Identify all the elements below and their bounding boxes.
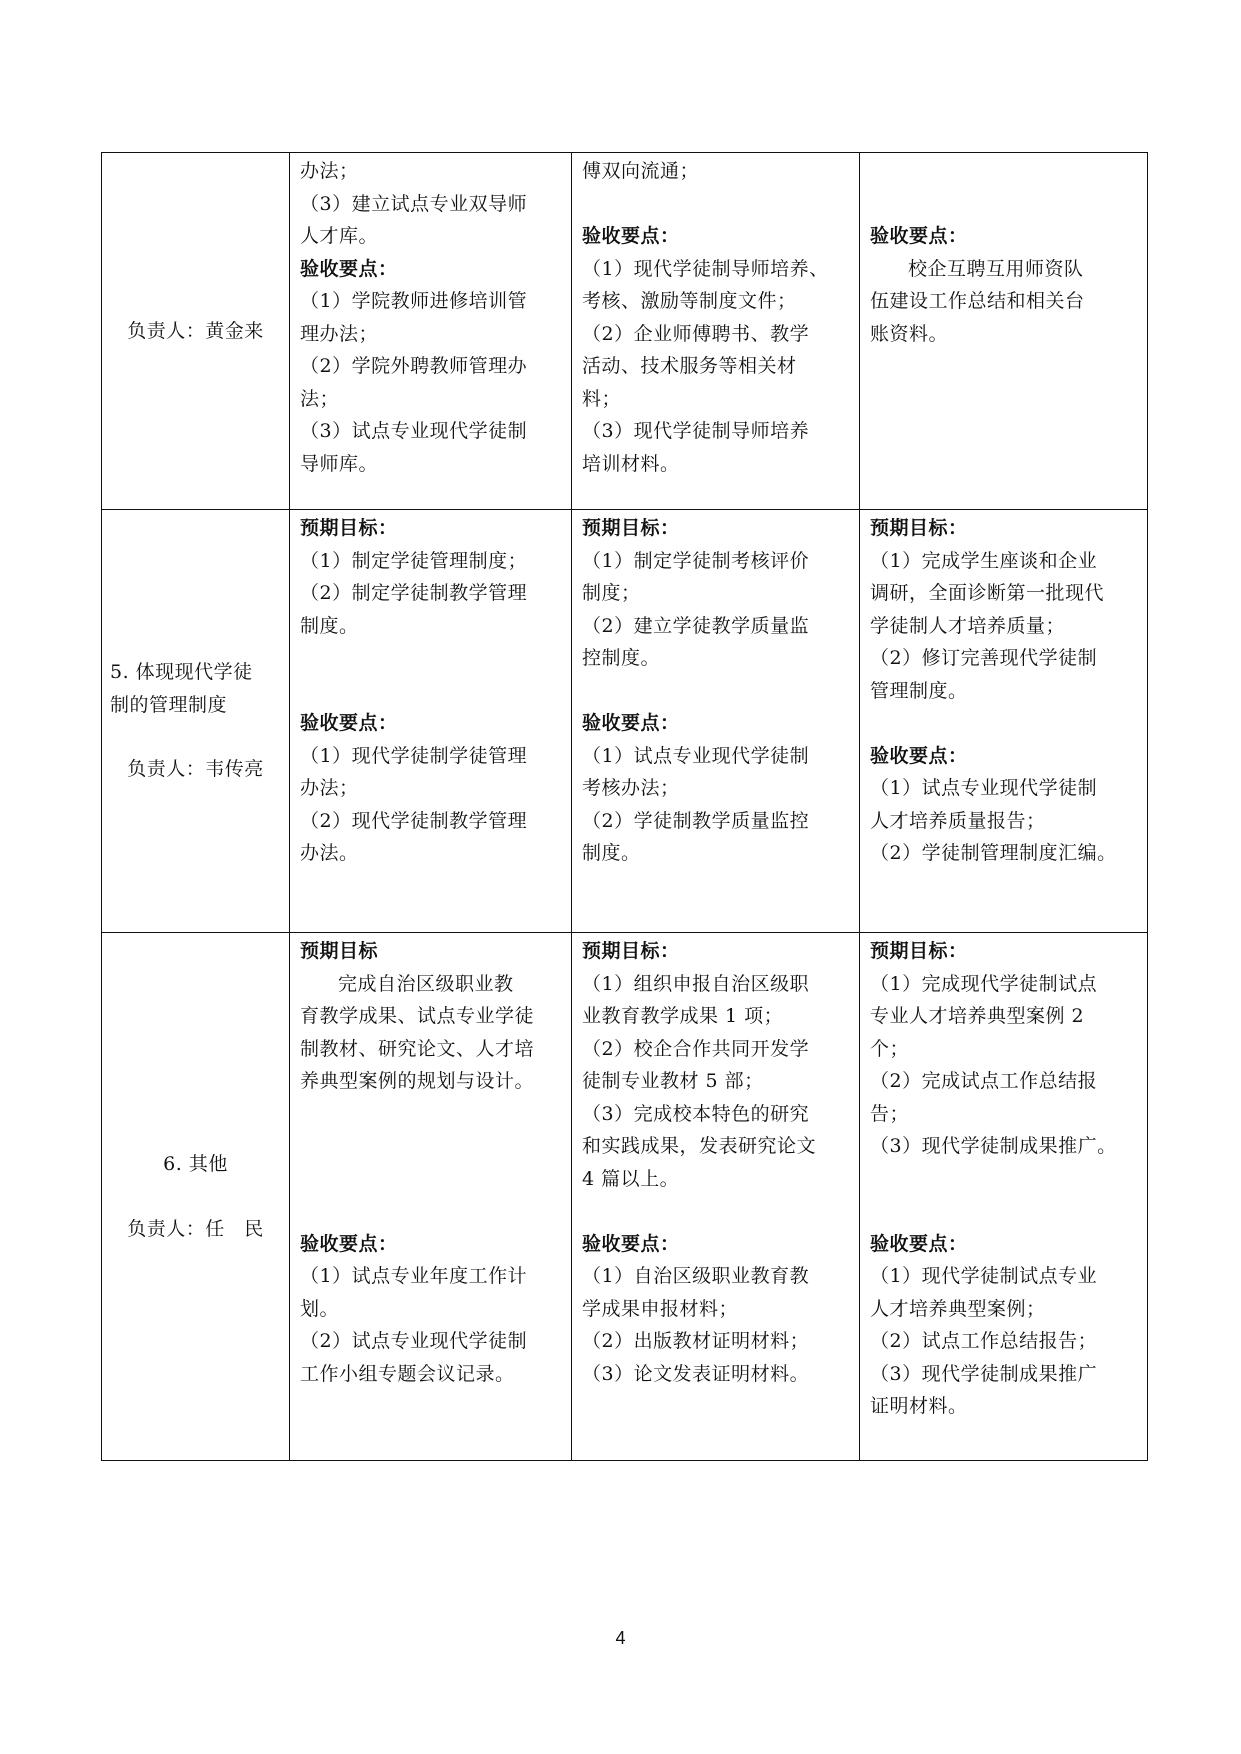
owner-label: 负责人：黄金来 [110,315,281,348]
goal-heading: 预期目标： [870,935,1137,968]
text-line: （1）组织申报自治区级职 [582,968,849,1001]
text-line: （1）试点专业现代学徒制 [870,772,1137,805]
text-line: 人才库。 [300,220,561,253]
page-number: 4 [0,1628,1241,1649]
text-line: （1）试点专业现代学徒制 [582,740,849,773]
acceptance-heading: 验收要点： [582,707,849,740]
text-line: （3）论文发表证明材料。 [582,1358,849,1391]
table-row-other: 6. 其他 负责人：任 民 预期目标 完成自治区级职业教 育教学成果、试点专业学… [102,933,1148,1461]
text-line: 徒制专业教材 5 部； [582,1065,849,1098]
owner-label: 负责人：韦传亮 [110,753,281,786]
task-cell: 5. 体现现代学徒 制的管理制度 负责人：韦传亮 [102,510,290,933]
text-line: （1）现代学徒制试点专业 [870,1260,1137,1293]
text-line: 账资料。 [870,318,1137,351]
text-line: 划。 [300,1293,561,1326]
acceptance-heading: 验收要点： [300,253,561,286]
task-cell: 负责人：黄金来 [102,153,290,510]
acceptance-heading: 验收要点： [870,740,1137,773]
text-line: （2）出版教材证明材料； [582,1325,849,1358]
text-line: 校企互聘互用师资队 [870,253,1137,286]
text-line: （1）制定学徒管理制度； [300,545,561,578]
text-line: （2）修订完善现代学徒制 [870,642,1137,675]
plan-cell-phase-1: 办法； （3）建立试点专业双导师 人才库。 验收要点： （1）学院教师进修培训管… [290,153,572,510]
text-line: （3）试点专业现代学徒制 [300,415,561,448]
plan-cell-phase-2: 预期目标： （1）组织申报自治区级职 业教育教学成果 1 项； （2）校企合作共… [572,933,860,1461]
text-line: （1）完成现代学徒制试点 [870,968,1137,1001]
goal-heading: 预期目标： [582,512,849,545]
text-line: （2）完成试点工作总结报 [870,1065,1137,1098]
text-line: 人才培养典型案例； [870,1293,1137,1326]
text-line: （2）学院外聘教师管理办 [300,350,561,383]
text-line: 料； [582,383,849,416]
text-line: （2）试点专业现代学徒制 [300,1325,561,1358]
acceptance-heading: 验收要点： [582,220,849,253]
text-line: 完成自治区级职业教 [300,968,561,1001]
plan-cell-phase-3: 验收要点： 校企互聘互用师资队 伍建设工作总结和相关台 账资料。 [860,153,1148,510]
text-line: （2）企业师傅聘书、教学 [582,318,849,351]
goal-heading: 预期目标： [300,512,561,545]
acceptance-heading: 验收要点： [870,1228,1137,1261]
text-line: 活动、技术服务等相关材 [582,350,849,383]
text-line: （1）自治区级职业教育教 [582,1260,849,1293]
text-line: 4 篇以上。 [582,1163,849,1196]
task-title: 制的管理制度 [110,689,281,722]
text-line: （1）试点专业年度工作计 [300,1260,561,1293]
plan-cell-phase-2: 傅双向流通； 验收要点： （1）现代学徒制导师培养、 考核、激励等制度文件； （… [572,153,860,510]
text-line: （2）学徒制管理制度汇编。 [870,837,1137,870]
text-line: （3）建立试点专业双导师 [300,188,561,221]
text-line: （1）制定学徒制考核评价 [582,545,849,578]
text-line: 学徒制人才培养质量； [870,610,1137,643]
acceptance-heading: 验收要点： [300,1228,561,1261]
text-line: 告； [870,1098,1137,1131]
goal-heading: 预期目标： [870,512,1137,545]
task-cell: 6. 其他 负责人：任 民 [102,933,290,1461]
text-line: （3）完成校本特色的研究 [582,1098,849,1131]
text-line: 学成果申报材料； [582,1293,849,1326]
task-title: 6. 其他 [110,1148,281,1181]
text-line: 专业人才培养典型案例 2 [870,1000,1137,1033]
table-row-management-system: 5. 体现现代学徒 制的管理制度 负责人：韦传亮 预期目标： （1）制定学徒管理… [102,510,1148,933]
text-line: 办法。 [300,837,561,870]
plan-cell-phase-3: 预期目标： （1）完成学生座谈和企业 调研，全面诊断第一批现代 学徒制人才培养质… [860,510,1148,933]
text-line: （2）学徒制教学质量监控 [582,805,849,838]
text-line: 法； [300,383,561,416]
table-row-teacher-team: 负责人：黄金来 办法； （3）建立试点专业双导师 人才库。 验收要点： （1）学… [102,153,1148,510]
plan-cell-phase-1: 预期目标 完成自治区级职业教 育教学成果、试点专业学徒 制教材、研究论文、人才培… [290,933,572,1461]
text-line: （2）现代学徒制教学管理 [300,805,561,838]
plan-cell-phase-3: 预期目标： （1）完成现代学徒制试点 专业人才培养典型案例 2 个； （2）完成… [860,933,1148,1461]
plan-cell-phase-1: 预期目标： （1）制定学徒管理制度； （2）制定学徒制教学管理 制度。 验收要点… [290,510,572,933]
text-line: 理办法； [300,318,561,351]
text-line: 证明材料。 [870,1390,1137,1423]
text-line: （2）校企合作共同开发学 [582,1033,849,1066]
text-line: （2）建立学徒教学质量监 [582,610,849,643]
text-line: （3）现代学徒制成果推广。 [870,1130,1137,1163]
text-line: （1）学院教师进修培训管 [300,285,561,318]
text-line: （2）试点工作总结报告； [870,1325,1137,1358]
goal-heading: 预期目标 [300,935,561,968]
text-line: 和实践成果，发表研究论文 [582,1130,849,1163]
acceptance-heading: 验收要点： [870,220,1137,253]
acceptance-heading: 验收要点： [300,707,561,740]
owner-label: 负责人：任 民 [110,1213,281,1246]
goal-heading: 预期目标： [582,935,849,968]
text-line: 办法； [300,155,561,188]
text-line: 制度。 [300,610,561,643]
text-line: （1）现代学徒制学徒管理 [300,740,561,773]
text-line: 制度。 [582,837,849,870]
text-line: 业教育教学成果 1 项； [582,1000,849,1033]
text-line: 调研，全面诊断第一批现代 [870,577,1137,610]
text-line: 制度； [582,577,849,610]
text-line: （3）现代学徒制导师培养 [582,415,849,448]
text-line: 考核、激励等制度文件； [582,285,849,318]
text-line: 导师库。 [300,448,561,481]
text-line: 管理制度。 [870,675,1137,708]
text-line: （1）现代学徒制导师培养、 [582,253,849,286]
text-line: 个； [870,1033,1137,1066]
task-title: 5. 体现现代学徒 [110,656,281,689]
text-line: 育教学成果、试点专业学徒 [300,1000,561,1033]
text-line: 考核办法； [582,772,849,805]
text-line: 人才培养质量报告； [870,805,1137,838]
text-line: 培训材料。 [582,448,849,481]
text-line: 办法； [300,772,561,805]
text-line: 伍建设工作总结和相关台 [870,285,1137,318]
acceptance-heading: 验收要点： [582,1228,849,1261]
plan-cell-phase-2: 预期目标： （1）制定学徒制考核评价 制度； （2）建立学徒教学质量监 控制度。… [572,510,860,933]
text-line: 制教材、研究论文、人才培 [300,1033,561,1066]
text-line: 养典型案例的规划与设计。 [300,1065,561,1098]
text-line: （1）完成学生座谈和企业 [870,545,1137,578]
text-line: （2）制定学徒制教学管理 [300,577,561,610]
text-line: 傅双向流通； [582,155,849,188]
work-plan-table: 负责人：黄金来 办法； （3）建立试点专业双导师 人才库。 验收要点： （1）学… [101,152,1148,1461]
text-line: 控制度。 [582,642,849,675]
text-line: （3）现代学徒制成果推广 [870,1358,1137,1391]
text-line: 工作小组专题会议记录。 [300,1358,561,1391]
